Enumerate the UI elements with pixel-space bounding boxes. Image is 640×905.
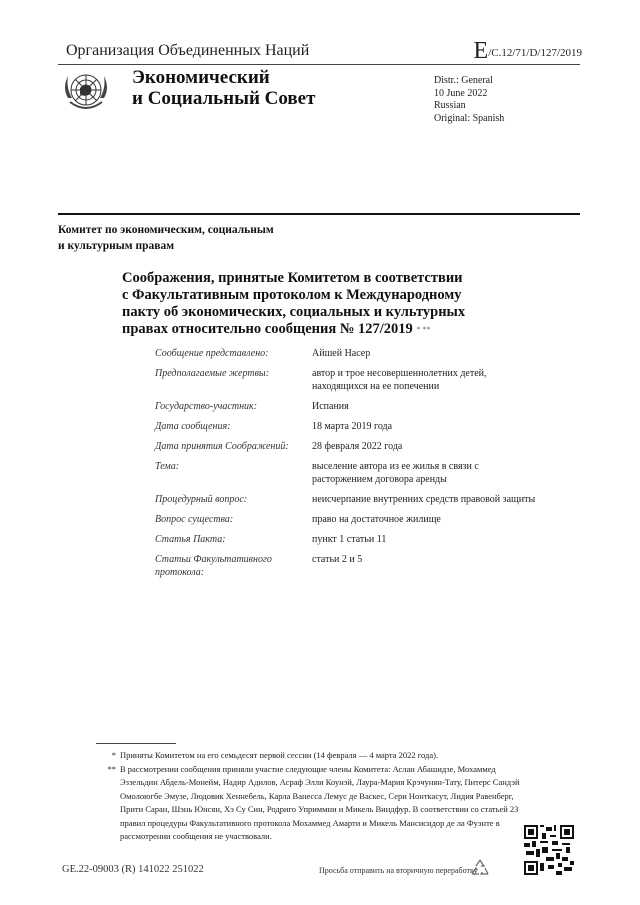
detail-row: Дата принятия Соображений:28 февраля 202…: [155, 440, 542, 460]
title-line-3: пакту об экономических, социальных и кул…: [122, 304, 542, 321]
council-name: Экономический и Социальный Совет: [132, 67, 315, 109]
detail-value: пункт 1 статьи 11: [312, 533, 542, 553]
detail-row: Дата сообщения:18 марта 2019 года: [155, 420, 542, 440]
detail-value: автор и трое несовершеннолетних детей, н…: [312, 367, 542, 400]
detail-label: Статьи Факультативного протокола:: [155, 553, 312, 586]
language: Russian: [434, 100, 504, 113]
title-line-2: с Факультативным протоколом к Международ…: [122, 287, 542, 304]
original-language: Original: Spanish: [434, 113, 504, 126]
detail-label: Предполагаемые жертвы:: [155, 367, 312, 400]
document-symbol: E/C.12/71/D/127/2019: [474, 42, 582, 60]
detail-value: статьи 2 и 5: [312, 553, 542, 586]
detail-value: право на достаточное жилище: [312, 513, 542, 533]
title-line-1: Соображения, принятые Комитетом в соотве…: [122, 270, 542, 287]
footnote-rule: [96, 743, 176, 744]
distribution-info: Distr.: General 10 June 2022 Russian Ori…: [434, 75, 504, 125]
detail-label: Дата сообщения:: [155, 420, 312, 440]
committee-line-1: Комитет по экономическим, социальным: [58, 222, 274, 238]
detail-value: 28 февраля 2022 года: [312, 440, 542, 460]
detail-label: Дата принятия Соображений:: [155, 440, 312, 460]
footnote-text: Приняты Комитетом на его семьдесят перво…: [120, 750, 438, 760]
detail-label: Процедурный вопрос:: [155, 493, 312, 513]
header-rule: [58, 64, 580, 65]
title-line-4: правах относительно сообщения № 127/2019: [122, 321, 413, 337]
footnote: **В рассмотрении сообщения приняли участ…: [96, 763, 526, 844]
recycle-note: Просьба отправить на вторичную переработ…: [319, 866, 478, 875]
detail-row: Статьи Факультативного протокола:статьи …: [155, 553, 542, 586]
detail-value: неисчерпание внутренних средств правовой…: [312, 493, 542, 513]
qr-code-icon[interactable]: [524, 825, 574, 875]
communication-details: Сообщение представлено:Айшей НасерПредпо…: [155, 347, 542, 586]
document-title: Соображения, принятые Комитетом в соотве…: [122, 270, 542, 338]
recycle-icon: [469, 857, 491, 879]
organization-name: Организация Объединенных Наций: [66, 42, 309, 60]
detail-value: Айшей Насер: [312, 347, 542, 367]
council-line-1: Экономический: [132, 67, 315, 88]
footnote: *Приняты Комитетом на его семьдесят перв…: [96, 749, 526, 763]
committee-line-2: и культурным правам: [58, 238, 274, 254]
detail-row: Статья Пакта:пункт 1 статьи 11: [155, 533, 542, 553]
detail-value: Испания: [312, 400, 542, 420]
un-emblem-icon: [60, 68, 112, 116]
detail-value: 18 марта 2019 года: [312, 420, 542, 440]
detail-label: Сообщение представлено:: [155, 347, 312, 367]
title-footnote-marks[interactable]: * **: [416, 325, 430, 334]
detail-row: Сообщение представлено:Айшей Насер: [155, 347, 542, 367]
detail-label: Статья Пакта:: [155, 533, 312, 553]
detail-row: Процедурный вопрос:неисчерпание внутренн…: [155, 493, 542, 513]
symbol-rest: /C.12/71/D/127/2019: [488, 47, 582, 59]
footnotes: *Приняты Комитетом на его семьдесят перв…: [96, 749, 526, 844]
section-rule: [58, 213, 580, 215]
footnote-mark: *: [96, 749, 116, 763]
detail-label: Тема:: [155, 460, 312, 493]
symbol-prefix: E: [474, 38, 489, 64]
detail-row: Государство-участник:Испания: [155, 400, 542, 420]
footnote-mark: **: [96, 763, 116, 777]
detail-row: Предполагаемые жертвы:автор и трое несов…: [155, 367, 542, 400]
committee-name: Комитет по экономическим, социальным и к…: [58, 222, 274, 254]
detail-label: Вопрос существа:: [155, 513, 312, 533]
distribution: Distr.: General: [434, 75, 504, 88]
document-number: GE.22-09003 (R) 141022 251022: [62, 864, 204, 875]
footnote-text: В рассмотрении сообщения приняли участие…: [120, 764, 520, 842]
detail-value: выселение автора из ее жилья в связи с р…: [312, 460, 542, 493]
council-line-2: и Социальный Совет: [132, 88, 315, 109]
detail-label: Государство-участник:: [155, 400, 312, 420]
issue-date: 10 June 2022: [434, 88, 504, 101]
detail-row: Вопрос существа:право на достаточное жил…: [155, 513, 542, 533]
detail-row: Тема:выселение автора из ее жилья в связ…: [155, 460, 542, 493]
